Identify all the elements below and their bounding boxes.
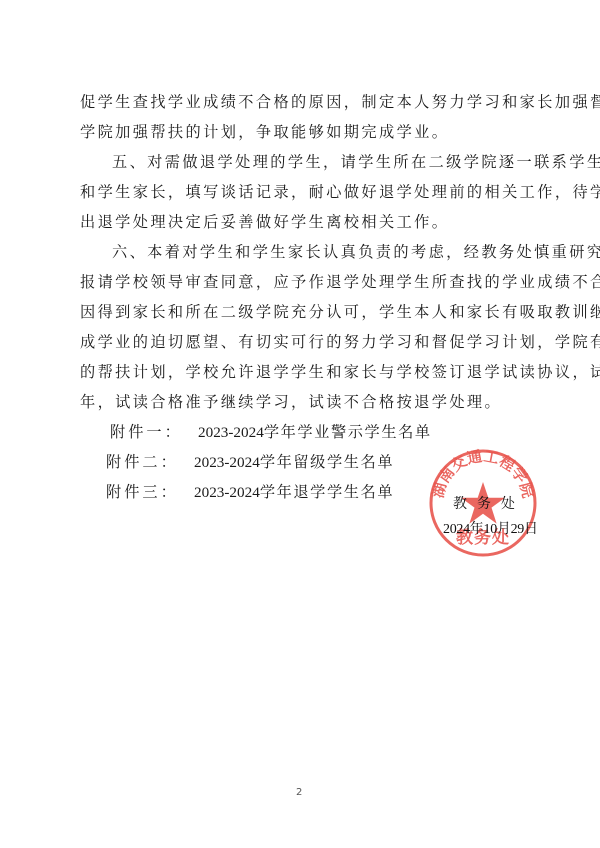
attachment-item: 附件一：2023-2024学年学业警示学生名单 [110,422,432,443]
attachment-label: 附件二： [106,452,194,472]
paragraph-line: 报请学校领导审查同意，应予作退学处理学生所查找的学业成绩不合格原 [80,272,600,292]
paragraph-line: 五、对需做退学处理的学生，请学生所在二级学院逐一联系学生本人 [112,152,600,172]
attachment-item: 附件三：2023-2024学年退学学生名单 [106,482,394,503]
attachment-title: 学年学业警示学生名单 [264,423,432,441]
attachment-years: 2023-2024 [194,484,260,501]
attachment-label: 附件三： [106,482,194,502]
document-page: 促学生查找学业成绩不合格的原因，制定本人努力学习和家长加强督促、 学院加强帮扶的… [0,0,600,848]
paragraph-line: 成学业的迫切愿望、有切实可行的努力学习和督促学习计划，学院有相应 [80,332,600,352]
paragraph-line: 的帮扶计划，学校允许退学学生和家长与学校签订退学试读协议，试读1 [80,362,600,382]
attachment-label: 附件一： [110,422,198,442]
paragraph-line: 年，试读合格准予继续学习，试读不合格按退学处理。 [80,392,502,412]
paragraph-line: 出退学处理决定后妥善做好学生离校相关工作。 [80,212,449,232]
paragraph-line: 促学生查找学业成绩不合格的原因，制定本人努力学习和家长加强督促、 [80,92,600,112]
paragraph-line: 学院加强帮扶的计划，争取能够如期完成学业。 [80,122,449,142]
issue-date: 2024年10月29日 [443,518,538,538]
attachment-title: 学年留级学生名单 [260,453,394,471]
paragraph-line: 六、本着对学生和学生家长认真负责的考虑，经教务处慎重研究，并 [112,242,600,262]
page-number: 2 [296,787,302,798]
issuing-office: 教务处 [453,493,525,513]
paragraph-line: 和学生家长，填写谈话记录，耐心做好退学处理前的相关工作，待学校做 [80,182,600,202]
paragraph-line: 因得到家长和所在二级学院充分认可，学生本人和家长有吸取教训继续完 [80,302,600,322]
attachment-title: 学年退学学生名单 [260,483,394,501]
attachment-item: 附件二：2023-2024学年留级学生名单 [106,452,394,473]
attachment-years: 2023-2024 [198,424,264,441]
attachment-years: 2023-2024 [194,454,260,471]
